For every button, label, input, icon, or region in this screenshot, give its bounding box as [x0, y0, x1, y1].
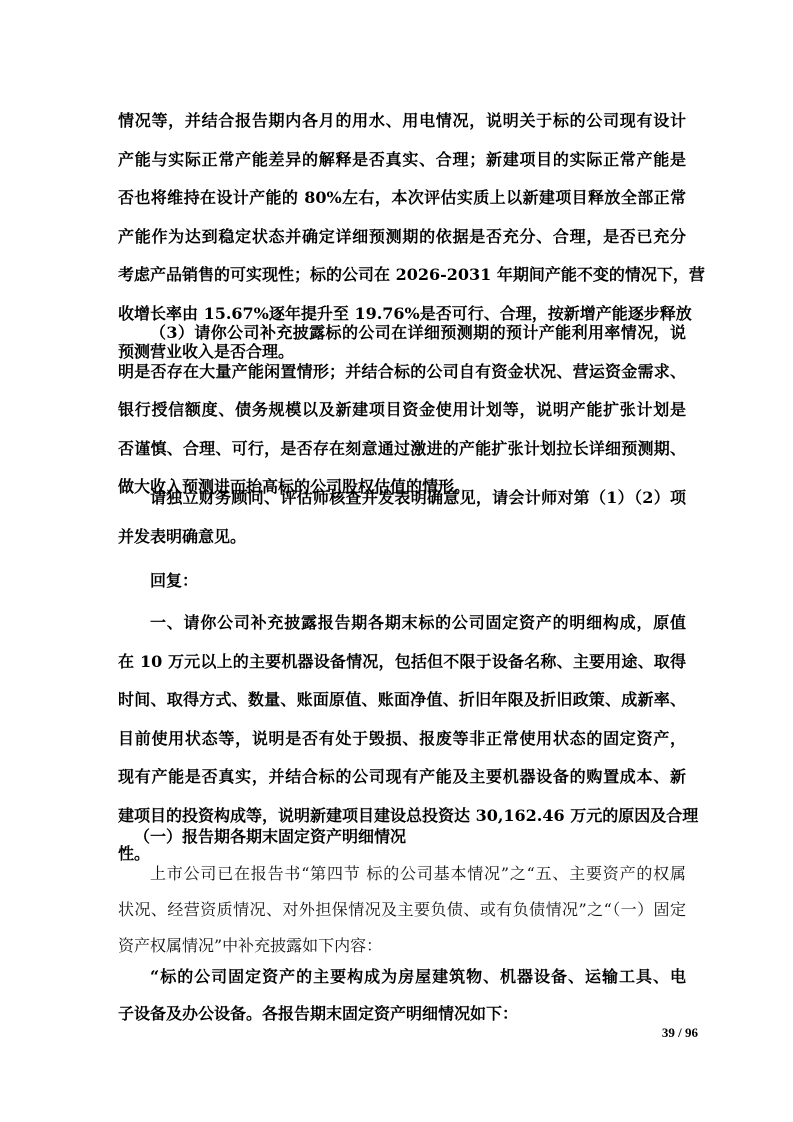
text-line: 回复：	[118, 562, 686, 601]
text-line: 现有产能是否真实，并结合标的公司现有产能及主要机器设备的购置成本、新	[118, 758, 686, 797]
reply-heading: 回复：	[118, 562, 686, 601]
text-line: 考虑产品销售的可实现性；标的公司在 2026-2031 年期间产能不变的情况下，…	[118, 256, 686, 295]
text-line: 在 10 万元以上的主要机器设备情况，包括但不限于设备名称、主要用途、取得	[118, 643, 686, 682]
text-line: 并发表明确意见。	[118, 518, 686, 557]
paragraph-verification-request: 请独立财务顾问、评估师核查并发表明确意见，请会计师对第（1）（2）项 并发表明确…	[118, 479, 686, 556]
paragraph-question-3: （3）请你公司补充披露标的公司在详细预测期的预计产能利用率情况，说 明是否存在大…	[118, 314, 686, 507]
document-page: 情况等，并结合报告期内各月的用水、用电情况，说明关于标的公司现有设计 产能与实际…	[0, 0, 793, 1122]
text-line: 目前使用状态等，说明是否有处于毁损、报废等非正常使用状态的固定资产，	[118, 720, 686, 759]
text-line: 明是否存在大量产能闲置情形；并结合标的公司自有资金状况、营运资金需求、	[118, 353, 686, 392]
text-line: 产能与实际正常产能差异的解释是否真实、合理；新建项目的实际正常产能是	[118, 141, 686, 180]
text-line: “标的公司固定资产的主要构成为房屋建筑物、机器设备、运输工具、电	[118, 958, 686, 995]
text-line: 请独立财务顾问、评估师核查并发表明确意见，请会计师对第（1）（2）项	[118, 479, 686, 518]
text-line: 产能作为达到稳定状态并确定详细预测期的依据是否充分、合理，是否已充分	[118, 218, 686, 257]
text-line: （一）报告期各期末固定资产明细情况	[118, 818, 686, 857]
text-line: （3）请你公司补充披露标的公司在详细预测期的预计产能利用率情况，说	[118, 314, 686, 353]
text-line: 情况等，并结合报告期内各月的用水、用电情况，说明关于标的公司现有设计	[118, 102, 686, 141]
text-line: 状况、经营资质情况、对外担保情况及主要负债、或有负债情况”之“（一）固定	[118, 892, 686, 928]
paragraph-supplementary-disclosure: 上市公司已在报告书“第四节 标的公司基本情况”之“五、主要资产的权属 状况、经营…	[118, 856, 686, 964]
text-line: 时间、取得方式、数量、账面原值、账面净值、折旧年限及折旧政策、成新率、	[118, 681, 686, 720]
page-number: 39 / 96	[662, 1025, 698, 1041]
text-line: 否谨慎、合理、可行，是否存在刻意通过激进的产能扩张计划拉长详细预测期、	[118, 430, 686, 469]
text-line: 子设备及办公设备。各报告期末固定资产明细情况如下：	[118, 995, 686, 1032]
text-line: 银行授信额度、债务规模以及新建项目资金使用计划等，说明产能扩张计划是	[118, 391, 686, 430]
section-heading: （一）报告期各期末固定资产明细情况	[118, 818, 686, 857]
text-line: 一、请你公司补充披露报告期各期末标的公司固定资产的明细构成，原值	[118, 604, 686, 643]
paragraph-fixed-assets-quote: “标的公司固定资产的主要构成为房屋建筑物、机器设备、运输工具、电 子设备及办公设…	[118, 958, 686, 1032]
text-line: 否也将维持在设计产能的 80%左右，本次评估实质上以新建项目释放全部正常	[118, 179, 686, 218]
text-line: 上市公司已在报告书“第四节 标的公司基本情况”之“五、主要资产的权属	[118, 856, 686, 892]
